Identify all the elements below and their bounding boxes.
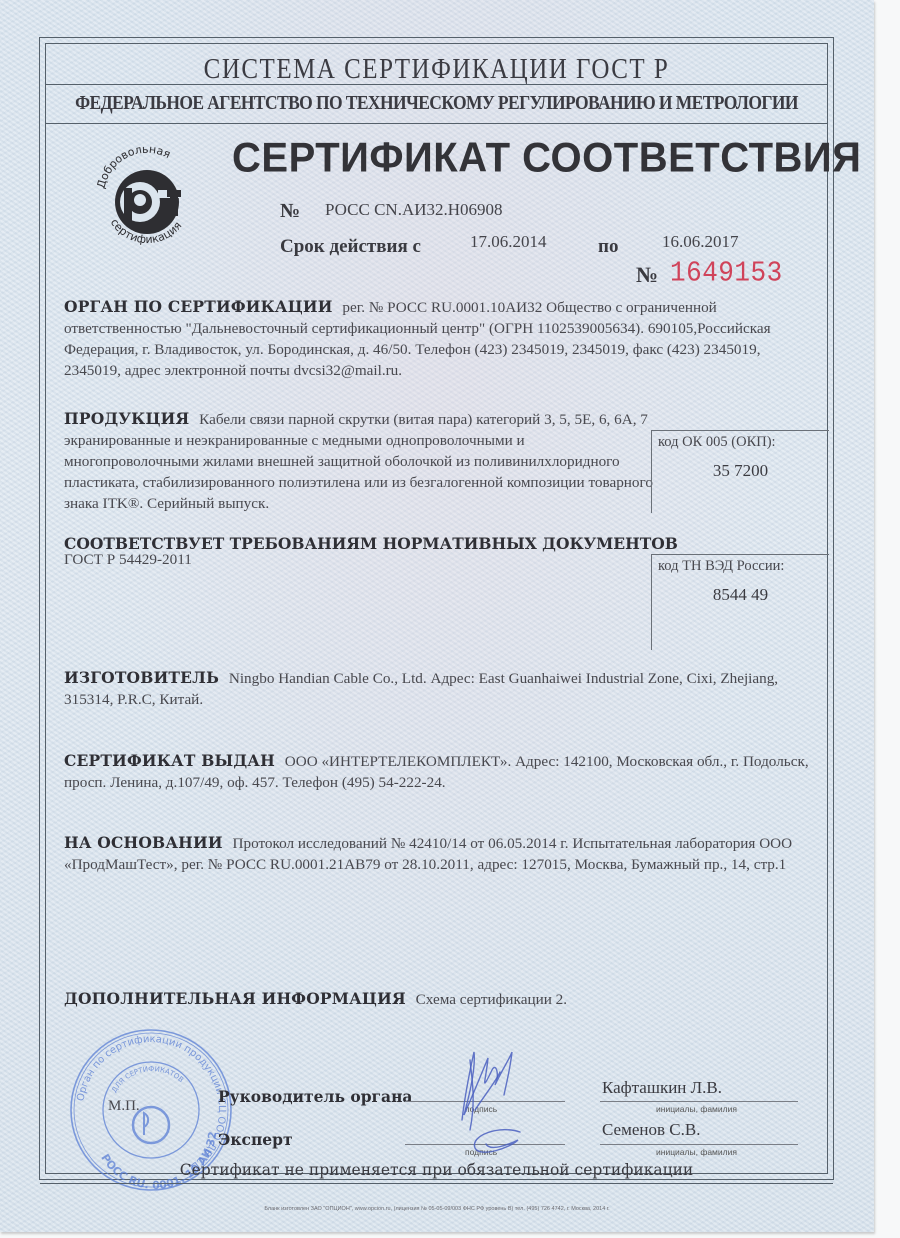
- serial-number: 1649153: [670, 257, 783, 290]
- footer-note: Сертификат не применяется при обязательн…: [45, 1161, 828, 1179]
- stamp-placeholder-label: М.П.: [108, 1098, 140, 1115]
- section-issued-to: СЕРТИФИКАТ ВЫДАН ООО «ИНТЕРТЕЛЕКОМПЛЕКТ»…: [64, 750, 824, 793]
- certificate-number: РОСС CN.АИ32.Н06908: [325, 200, 503, 220]
- section-additional-info: ДОПОЛНИТЕЛЬНАЯ ИНФОРМАЦИЯ Схема сертифик…: [64, 988, 764, 1010]
- head-name: Кафташкин Л.В.: [602, 1078, 722, 1098]
- section-heading: ИЗГОТОВИТЕЛЬ: [64, 668, 219, 687]
- number-label: №: [280, 200, 300, 223]
- tnved-code-value: 8544 49: [652, 585, 829, 605]
- valid-to-date: 16.06.2017: [662, 232, 739, 252]
- handwritten-signature-icon: [440, 1040, 550, 1160]
- section-certification-body: ОРГАН ПО СЕРТИФИКАЦИИ рег. № РОСС RU.000…: [64, 296, 814, 381]
- okp-code-value: 35 7200: [652, 461, 829, 481]
- validity-to-label: по: [598, 236, 618, 258]
- tnved-code-label: код ТН ВЭД России:: [652, 555, 829, 575]
- certificate-paper: СИСТЕМА СЕРТИФИКАЦИИ ГОСТ Р ФЕДЕРАЛЬНОЕ …: [0, 0, 874, 1232]
- form-printer-fine-print: Бланк изготовлен ЗАО "ОПЦИОН", www.opcio…: [0, 1206, 874, 1212]
- valid-from-date: 17.06.2014: [470, 232, 547, 252]
- okp-code-box: код ОК 005 (ОКП): 35 7200: [651, 430, 829, 513]
- section-heading: ПРОДУКЦИЯ: [64, 409, 189, 428]
- section-text: Схема сертификации 2.: [416, 991, 567, 1008]
- header-divider: [45, 123, 828, 124]
- head-of-body-label: Руководитель органа: [218, 1087, 412, 1106]
- rst-logo-icon: Добровольная сертификация: [92, 142, 202, 252]
- name-line: [600, 1144, 798, 1145]
- tnved-code-box: код ТН ВЭД России: 8544 49: [651, 554, 829, 650]
- name-line: [600, 1101, 798, 1102]
- name-caption: инициалы, фамилия: [656, 1104, 737, 1114]
- section-basis: НА ОСНОВАНИИ Протокол исследований № 424…: [64, 832, 824, 875]
- section-heading: СЕРТИФИКАТ ВЫДАН: [64, 751, 275, 770]
- agency-title: ФЕДЕРАЛЬНОЕ АГЕНТСТВО ПО ТЕХНИЧЕСКОМУ РЕ…: [45, 90, 828, 114]
- serial-label: №: [636, 262, 658, 288]
- section-heading: ДОПОЛНИТЕЛЬНАЯ ИНФОРМАЦИЯ: [64, 989, 406, 1008]
- system-title: СИСТЕМА СЕРТИФИКАЦИИ ГОСТ Р: [45, 54, 828, 86]
- section-product: ПРОДУКЦИЯ Кабели связи парной скрутки (в…: [64, 408, 654, 514]
- expert-name: Семенов С.В.: [602, 1120, 700, 1140]
- okp-code-label: код ОК 005 (ОКП):: [652, 431, 829, 451]
- section-heading: ОРГАН ПО СЕРТИФИКАЦИИ: [64, 297, 333, 316]
- name-caption: инициалы, фамилия: [656, 1147, 737, 1157]
- section-manufacturer: ИЗГОТОВИТЕЛЬ Ningbo Handian Cable Co., L…: [64, 667, 824, 710]
- certificate-title: СЕРТИФИКАТ СООТВЕТСТВИЯ: [232, 135, 861, 182]
- expert-label: Эксперт: [218, 1130, 293, 1149]
- validity-label: Срок действия с: [280, 236, 421, 258]
- bottom-divider: [40, 1183, 833, 1184]
- section-heading: НА ОСНОВАНИИ: [64, 833, 223, 852]
- svg-text:ДЛЯ СЕРТИФИКАТОВ: ДЛЯ СЕРТИФИКАТОВ: [110, 1065, 185, 1094]
- conformity-standard: ГОСТ Р 54429-2011: [64, 551, 192, 569]
